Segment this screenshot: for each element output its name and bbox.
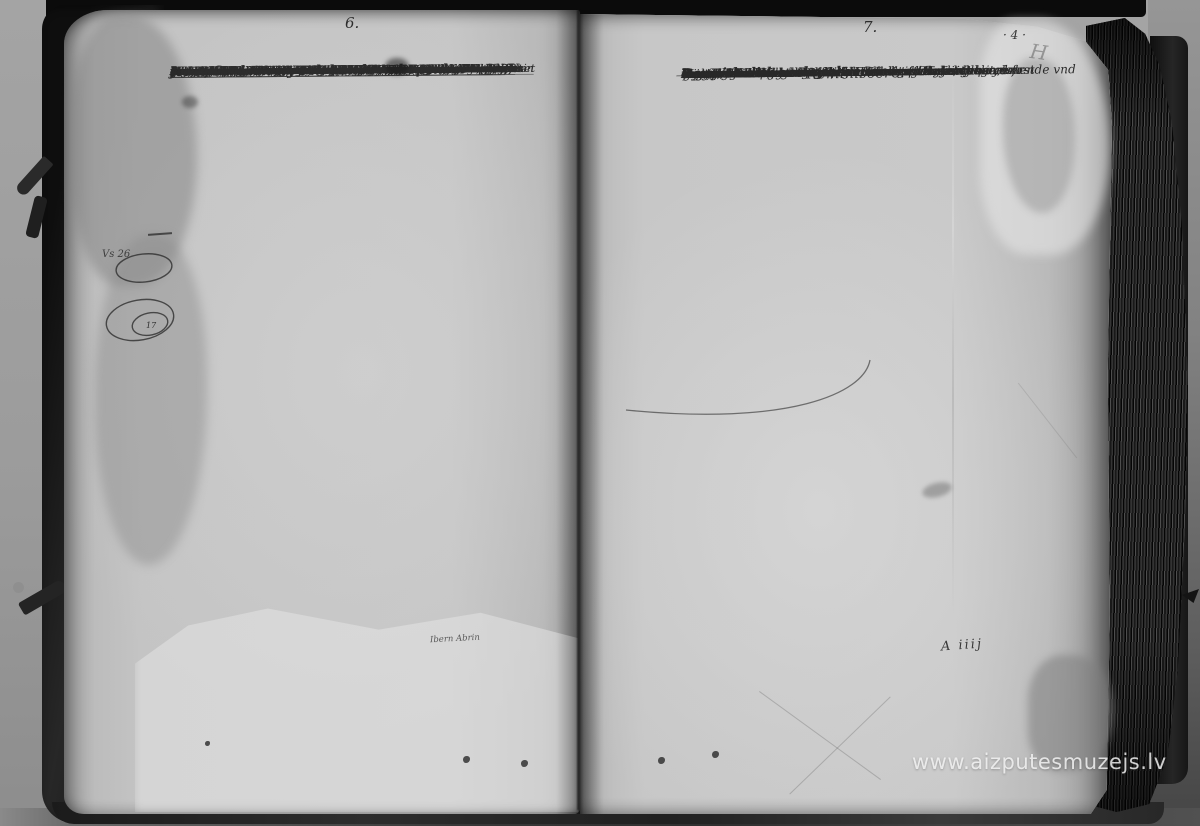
book-gutter-shadow (556, 10, 604, 814)
leather-tie-bottom-tip (13, 582, 24, 593)
museum-watermark: www.aizputesmuzejs.lv (912, 750, 1167, 774)
manuscript-line: vnd gegeben, Thoeigenen, vorleihen, vnd … (170, 61, 488, 80)
loop-number: 17 (146, 321, 157, 330)
quire-leaf-number: · 4 · (1003, 28, 1026, 42)
quire-signature-mark: A iiij (941, 637, 984, 655)
right-folio-number: 7. (863, 18, 877, 36)
initial-flourish-loops-icon: 17 (104, 248, 199, 360)
light-patch-bottom-left (135, 600, 578, 812)
book-gutter-fold (577, 10, 580, 810)
ink-smudge (182, 96, 198, 108)
left-folio-number: 6. (345, 14, 359, 32)
manuscript-photograph: 6. 7. · 4 · H Vs 26 17 gedachter Kercken… (0, 0, 1200, 826)
pen-flourish-icon (618, 352, 888, 440)
ink-smudge (385, 58, 409, 75)
vertical-fold-crease (952, 60, 954, 620)
